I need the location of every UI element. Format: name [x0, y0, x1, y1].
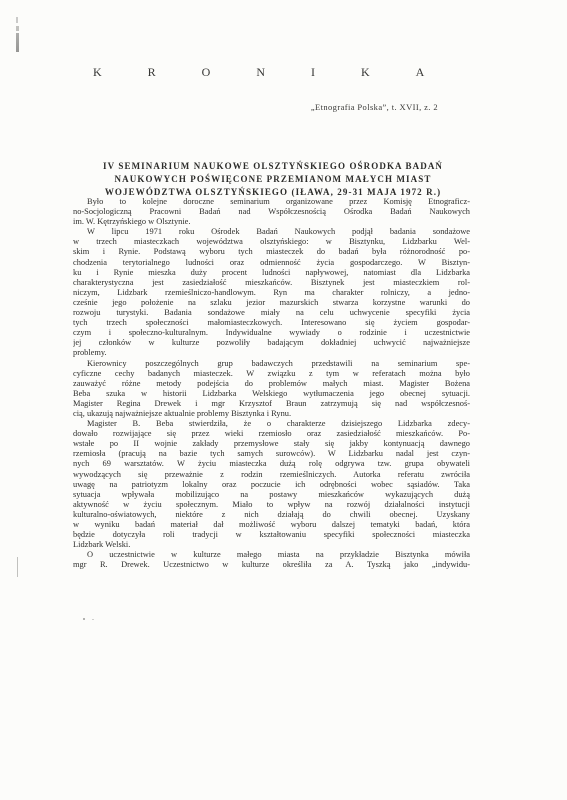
text-line: wstałe po II wojnie zakłady przemysłowe …	[73, 439, 470, 449]
text-line: ku i Rynie mieszka duży procent ludności…	[73, 268, 470, 278]
scan-artifact-mark	[16, 26, 19, 31]
section-header-kronika: KRONIKA	[93, 65, 470, 80]
body-text: Było to kolejne doroczne seminarium orga…	[73, 197, 470, 570]
text-line: mgr R. Drewek. Uczestnictwo w kulturze o…	[73, 560, 470, 570]
text-line: kulturalno-oświatowych, niektóre z nich …	[73, 510, 470, 520]
text-line: nych 69 warsztatów. W życiu miasteczka d…	[73, 459, 470, 469]
text-line: będzie dotyczyła roli tradycji w kształt…	[73, 530, 470, 540]
article-title: IV SEMINARIUM NAUKOWE OLSZTYŃSKIEGO OŚRO…	[73, 160, 473, 198]
text-line: w wyniku badań materiał dał możliwość wy…	[73, 520, 470, 530]
scan-artifact-mark	[16, 17, 18, 23]
text-line: rozwoju turystyki. Badania sondażowe mia…	[73, 308, 470, 318]
text-line: cyficzne cechy badanych miasteczek. W zw…	[73, 369, 470, 379]
text-line: Kierownicy poszczególnych grup badawczyc…	[73, 359, 470, 369]
text-line: im. W. Kętrzyńskiego w Olsztynie.	[73, 217, 470, 227]
text-line: dowało rozwijające się przez wieki rzemi…	[73, 429, 470, 439]
text-line: rzemiosła (pracują na bazie tych samych …	[73, 449, 470, 459]
text-line: aktywność w życiu społecznym. Miało to w…	[73, 500, 470, 510]
text-line: skim i Rynie. Podstawą wyboru tych miast…	[73, 247, 470, 257]
text-line: niczym, Lidzbark rzemieślniczo-handlowym…	[73, 288, 470, 298]
text-line: zauważyć różne metody podejścia do probl…	[73, 379, 470, 389]
scan-speck	[83, 618, 85, 620]
text-line: Beba szuka w historii Lidzbarka Welskieg…	[73, 389, 470, 399]
journal-reference: „Etnografia Polska”, t. XVII, z. 2	[311, 102, 438, 112]
text-line: uwagę na patriotyzm lokalny oraz poczuci…	[73, 480, 470, 490]
text-line: cześnie jego położenie na szlaku jezior …	[73, 298, 470, 308]
text-line: Lidzbark Welski.	[73, 540, 470, 550]
text-line: charakterystyczna jest zasiedziałość mie…	[73, 278, 470, 288]
text-line: czym i społeczno-kulturalnym. Indywidual…	[73, 328, 470, 338]
text-line: cią, ukazują najważniejsze aktualnie pro…	[73, 409, 470, 419]
text-line: tych trzech społeczności małomiasteczkow…	[73, 318, 470, 328]
text-line: problemy.	[73, 348, 470, 358]
scan-artifact-mark	[17, 557, 18, 577]
text-line: jej członków w kulturze pozwoliły badają…	[73, 338, 470, 348]
article-title-line-1: IV SEMINARIUM NAUKOWE OLSZTYŃSKIEGO OŚRO…	[73, 160, 473, 173]
text-line: chodzenia terytorialnego ludności oraz o…	[73, 258, 470, 268]
scan-artifact-mark	[16, 33, 19, 52]
text-line: w trzech miasteczkach województwa olszty…	[73, 237, 470, 247]
scanned-journal-page: KRONIKA „Etnografia Polska”, t. XVII, z.…	[0, 0, 567, 800]
text-line: wywodzących się przeważnie z rodzin rzem…	[73, 470, 470, 480]
text-line: sytuacja wpływała mobilizująco na postaw…	[73, 490, 470, 500]
text-line: Było to kolejne doroczne seminarium orga…	[73, 197, 470, 207]
scan-speck	[92, 619, 94, 620]
text-line: W lipcu 1971 roku Ośrodek Badań Naukowyc…	[73, 227, 470, 237]
text-line: Magister B. Beba stwierdziła, że o chara…	[73, 419, 470, 429]
text-line: O uczestnictwie w kulturze małego miasta…	[73, 550, 470, 560]
text-line: no-Socjologiczną Pracowni Badań nad Wspó…	[73, 207, 470, 217]
text-line: Magister Regina Drewek i mgr Krzysztof B…	[73, 399, 470, 409]
article-title-line-2: NAUKOWYCH POŚWIĘCONE PRZEMIANOM MAŁYCH M…	[73, 173, 473, 186]
